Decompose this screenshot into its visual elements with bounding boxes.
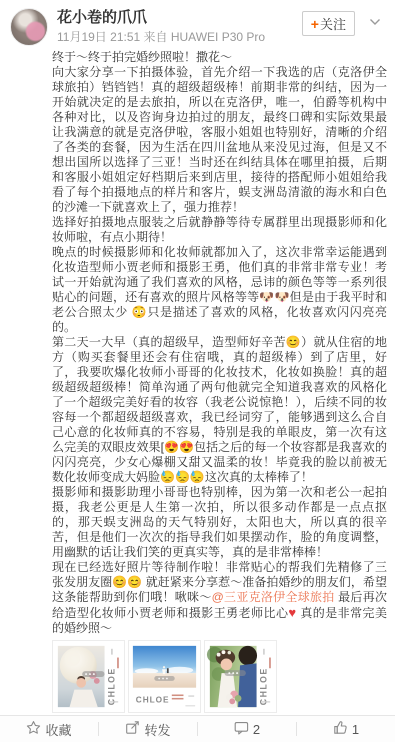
wedding-photo-1-icon: CHLOE (53, 641, 124, 712)
mention-link[interactable]: @三亚克洛伊全球旅拍 (212, 590, 335, 604)
plus-icon: + (311, 17, 319, 31)
chevron-down-icon[interactable] (369, 13, 381, 31)
photo-thumbnail-2[interactable]: CHLOE (128, 640, 201, 713)
action-bar: 收藏 转发 2 1 (0, 715, 395, 742)
paragraph: 摄影师和摄影助理小哥哥也特别棒，因为第一次和老公一起拍摄，我老公更是人生第一次拍… (52, 485, 387, 560)
follow-label: 关注 (320, 14, 346, 33)
brand-text: CHLOE (258, 667, 268, 705)
paragraph: 晚点的时候摄影师和化妆师就都加入了，这次非常幸运能遇到化妆造型师小贾老师和摄影王… (52, 245, 387, 335)
paragraph: 终于～终于拍完婚纱照啦！撒花～ (52, 50, 387, 65)
comment-button[interactable]: 2 (198, 716, 296, 742)
header-info: 花小卷的爪爪 11月19日 21:51 来自 HUAWEI P30 Pro (57, 8, 302, 45)
thumbs-up-icon (333, 720, 348, 738)
post-content: 终于～终于拍完婚纱照啦！撒花～ 向大家分享一下拍摄体验，首先介绍一下我选的店（克… (52, 50, 387, 634)
like-button[interactable]: 1 (297, 716, 395, 742)
photo-thumbnail-1[interactable]: CHLOE (52, 640, 125, 713)
comment-bubble-icon (234, 720, 249, 738)
star-icon (26, 720, 41, 738)
wedding-photo-3-icon: CHLOE (205, 641, 276, 712)
username[interactable]: 花小卷的爪爪 (57, 9, 302, 27)
brand-text: CHLOE (136, 695, 170, 704)
brand-text: CHLOE (106, 667, 116, 705)
wedding-photo-2-icon: CHLOE (129, 641, 200, 712)
timestamp: 11月19日 21:51 来自 HUAWEI P30 Pro (57, 30, 302, 45)
avatar[interactable] (10, 8, 48, 46)
like-count: 1 (352, 722, 359, 737)
follow-button[interactable]: + 关注 (302, 11, 355, 36)
repost-icon (125, 720, 140, 738)
post-header: 花小卷的爪爪 11月19日 21:51 来自 HUAWEI P30 Pro + … (0, 0, 395, 46)
weibo-post: 花小卷的爪爪 11月19日 21:51 来自 HUAWEI P30 Pro + … (0, 0, 395, 715)
paragraph: 向大家分享一下拍摄体验，首先介绍一下我选的店（克洛伊全球旅拍）铛铛铛！真的超级超… (52, 65, 387, 215)
repost-label: 转发 (144, 720, 170, 739)
paragraph: 第二天一大早（真的超级早，造型师好辛苦😊）就从住宿的地方（购买套餐里还会有住宿哦… (52, 335, 387, 485)
heart-icon: ♥ (288, 605, 296, 620)
collect-label: 收藏 (45, 720, 71, 739)
paragraph: 选择好拍摄地点服装之后就静静等待专属群里出现摄影师和化妆师啦，有点小期待！ (52, 215, 387, 245)
repost-button[interactable]: 转发 (99, 716, 197, 742)
collect-button[interactable]: 收藏 (0, 716, 98, 742)
paragraph: 现在已经选好照片等待制作啦！非常贴心的帮我们先精修了三张发朋友圈😊😊 就赶紧来分… (52, 560, 387, 634)
photo-thumbnail-3[interactable]: CHLOE (204, 640, 277, 713)
photo-thumbnails: CHLOE (52, 640, 395, 713)
comment-count: 2 (253, 722, 260, 737)
